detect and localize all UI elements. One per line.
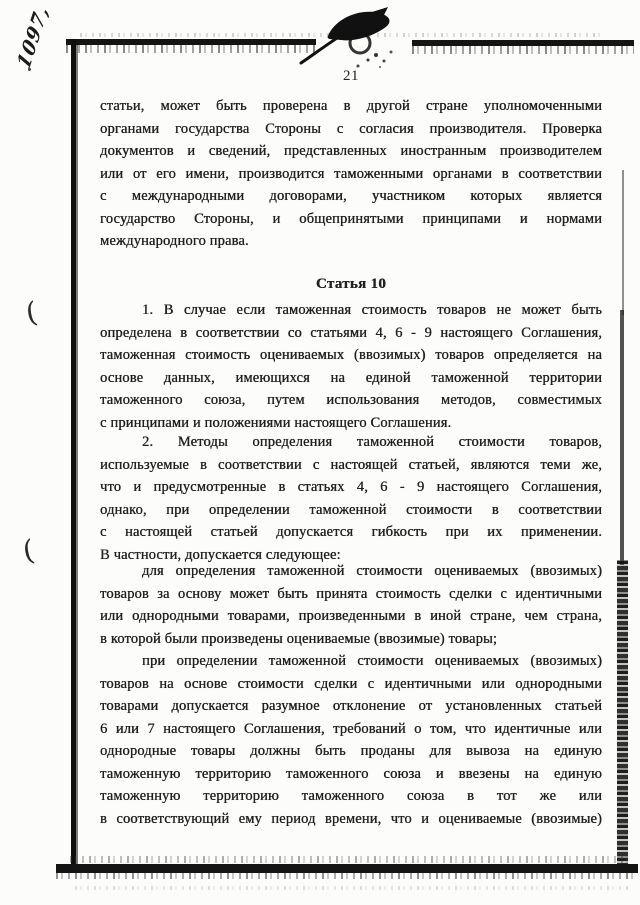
frame-right-border-lower <box>617 560 628 872</box>
text-line: с настоящей статьей допускается гибкость… <box>100 521 602 544</box>
article-heading: Статья 10 <box>100 276 602 293</box>
text-line: товарами допускается разумное отклонение… <box>100 695 602 718</box>
text-line: определена в соответствии со статьями 4,… <box>100 322 602 345</box>
text-line: что и предусмотренные в статьях 4, 6 - 9… <box>100 476 602 499</box>
text-line: используемые в соответствии с настоящей … <box>100 454 602 477</box>
margin-mark-upper: ( <box>23 295 40 329</box>
frame-bottom-border <box>56 864 638 873</box>
frame-bottom-speckle-below <box>56 873 638 879</box>
frame-bottom-speckle-above <box>70 856 630 863</box>
frame-right-border-middle <box>620 310 624 565</box>
text-line: государство Стороны, и общепринятыми при… <box>100 208 602 231</box>
text-line: 1. В случае если таможенная стоимость то… <box>100 299 602 322</box>
text-line: однородные товары должны быть проданы дл… <box>100 740 602 763</box>
margin-mark-lower: ( <box>20 533 37 567</box>
text-line: органами государства Стороны с согласия … <box>100 118 602 141</box>
frame-top-speckle-left <box>66 45 316 53</box>
text-line: с международными договорами, участником … <box>100 185 602 208</box>
handwritten-dot <box>28 68 31 71</box>
page-bottom-noise <box>75 886 631 890</box>
text-line: товаров на основе стоимости сделки с иде… <box>100 673 602 696</box>
text-line: основе данных, имеющихся на единой тамож… <box>100 367 602 390</box>
handwritten-number: 1097, <box>0 6 68 68</box>
text-line: 2. Методы определения таможенной стоимос… <box>100 431 602 454</box>
text-line: для определения таможенной стоимости оце… <box>100 560 602 583</box>
text-line: в которой были произведены оцениваемые (… <box>100 628 602 651</box>
handwritten-number-text: 1097, <box>13 1 52 74</box>
frame-top-speckle-right <box>412 46 634 54</box>
frame-right-border-upper <box>622 170 624 315</box>
frame-left-border <box>71 39 78 872</box>
text-line: в соответствующий ему период времени, чт… <box>100 808 602 831</box>
ink-blot-bird-mark <box>298 3 410 71</box>
paragraph-identical-goods: для определения таможенной стоимости оце… <box>100 560 602 650</box>
text-line: таможенная стоимость оцениваемых (ввозим… <box>100 344 602 367</box>
paragraph-item-2: 2. Методы определения таможенной стоимос… <box>100 431 602 566</box>
text-line: международного права. <box>100 230 602 253</box>
text-line: таможенную территорию таможенного союза … <box>100 763 602 786</box>
text-line: статьи, может быть проверена в другой ст… <box>100 95 602 118</box>
paragraph-item-1: 1. В случае если таможенная стоимость то… <box>100 299 602 434</box>
paragraph-deviation: при определении таможенной стоимости оце… <box>100 650 602 830</box>
text-line: таможенную территорию таможенного союза … <box>100 785 602 808</box>
text-line: таможенного союза, путем использования м… <box>100 389 602 412</box>
text-line: 6 или 7 настоящего Соглашения, требовани… <box>100 718 602 741</box>
text-line: однако, при определении таможенной стоим… <box>100 499 602 522</box>
text-line: или от его имени, производится таможенны… <box>100 163 602 186</box>
text-line: документов и сведений, представленных ин… <box>100 140 602 163</box>
text-line: товаров за основу может быть принята сто… <box>100 583 602 606</box>
scanned-document-page: 1097, 21 ( ( статьи, может быть проверен… <box>0 0 640 905</box>
paragraph-continuation: статьи, может быть проверена в другой ст… <box>100 95 602 253</box>
text-line: или однородными товарами, произведенными… <box>100 605 602 628</box>
page-number: 21 <box>100 68 602 85</box>
text-line: при определении таможенной стоимости оце… <box>100 650 602 673</box>
